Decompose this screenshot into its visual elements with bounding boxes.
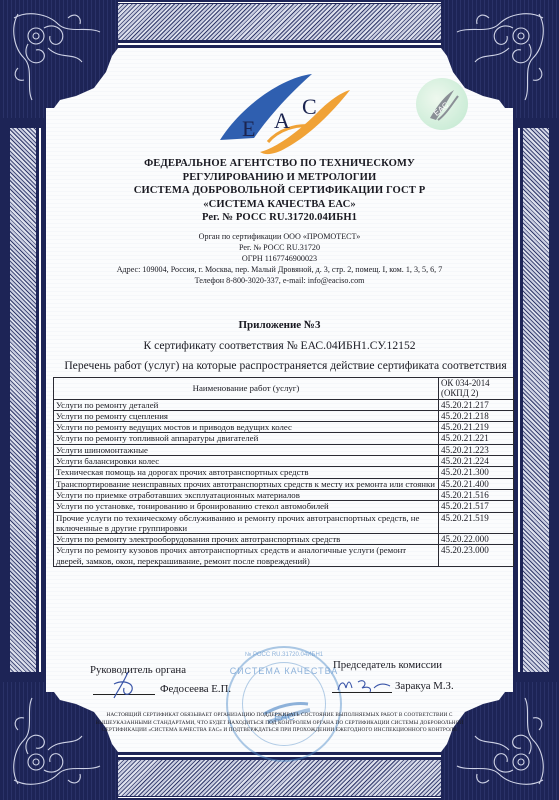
svg-text:E: E — [242, 116, 255, 141]
appendix-title: Приложение №3 — [0, 319, 559, 331]
certification-stamp: № РОСС RU.31720.04ИБН1 СИСТЕМА КАЧЕСТВА … — [226, 646, 342, 762]
rope-border-left — [10, 128, 36, 672]
work-name: Услуги шиномонтажные — [54, 444, 439, 455]
table-row: Услуги шиномонтажные45.20.21.223 — [54, 444, 514, 455]
table-row: Услуги по ремонту кузовов прочих автотра… — [54, 545, 514, 567]
work-name: Транспортирование неисправных прочих авт… — [54, 478, 439, 489]
stamp-logo-icon: EAC — [228, 648, 340, 760]
header-line: ФЕДЕРАЛЬНОЕ АГЕНТСТВО ПО ТЕХНИЧЕСКОМУ — [60, 157, 499, 171]
table-row: Прочие услуги по техническому обслуживан… — [54, 512, 514, 534]
works-list-title: Перечень работ (услуг) на которые распро… — [52, 359, 519, 372]
svg-text:C: C — [302, 94, 317, 119]
works-table: Наименование работ (услуг) ОК 034-2014 (… — [53, 377, 514, 567]
work-name: Услуги по установке, тонированию и брони… — [54, 501, 439, 512]
work-name: Услуги по ремонту кузовов прочих автотра… — [54, 545, 439, 567]
table-row: Услуги по ремонту топливной аппаратуры д… — [54, 433, 514, 444]
table-row: Услуги по ремонту сцепления45.20.21.218 — [54, 410, 514, 421]
commission-chair-name: Заракуа М.З. — [395, 680, 454, 692]
rope-border-bottom — [116, 760, 443, 796]
svg-text:A: A — [274, 108, 290, 133]
okpd2-code: 45.20.21.517 — [439, 501, 514, 512]
frame-stripe — [518, 128, 520, 672]
work-name: Услуги по приемке отработавших эксплуата… — [54, 489, 439, 500]
header-line: СИСТЕМА ДОБРОВОЛЬНОЙ СЕРТИФИКАЦИИ ГОСТ Р — [60, 184, 499, 198]
table-row: Услуги балансировки колес45.20.21.224 — [54, 456, 514, 467]
okpd2-code: 45.20.23.000 — [439, 545, 514, 567]
okpd2-code: 45.20.21.223 — [439, 444, 514, 455]
work-name: Услуги по ремонту ведущих мостов и приво… — [54, 422, 439, 433]
org-reg-number: Рег. № РОСС RU.31720 — [50, 242, 509, 253]
work-name: Техническая помощь на дорогах прочих авт… — [54, 467, 439, 478]
signature-right-icon — [334, 674, 394, 696]
eac-logo: E A C — [200, 68, 360, 158]
header-line: «СИСТЕМА КАЧЕСТВА ЕАС» — [60, 198, 499, 212]
work-name: Услуги балансировки колес — [54, 456, 439, 467]
table-row: Техническая помощь на дорогах прочих авт… — [54, 467, 514, 478]
rope-border-top — [116, 4, 443, 40]
table-row: Услуги по ремонту электрооборудования пр… — [54, 534, 514, 545]
okpd2-code: 45.20.22.000 — [439, 534, 514, 545]
table-row: Услуги по приемке отработавших эксплуата… — [54, 489, 514, 500]
table-row: Услуги по ремонту деталей45.20.21.217 — [54, 399, 514, 410]
okpd2-code: 45.20.21.519 — [439, 512, 514, 534]
signature-left-icon — [104, 668, 154, 702]
okpd2-code: 45.20.21.217 — [439, 399, 514, 410]
agency-header: ФЕДЕРАЛЬНОЕ АГЕНТСТВО ПО ТЕХНИЧЕСКОМУ РЕ… — [60, 157, 499, 225]
rope-border-right — [523, 128, 549, 672]
column-header-name: Наименование работ (услуг) — [54, 378, 439, 400]
okpd2-code: 45.20.21.219 — [439, 422, 514, 433]
table-row: Услуги по установке, тонированию и брони… — [54, 501, 514, 512]
work-name: Услуги по ремонту сцепления — [54, 410, 439, 421]
work-name: Услуги по ремонту деталей — [54, 399, 439, 410]
table-header-row: Наименование работ (услуг) ОК 034-2014 (… — [54, 378, 514, 400]
org-ogrn: ОГРН 1167746900023 — [50, 253, 509, 264]
okpd2-code: 45.20.21.300 — [439, 467, 514, 478]
header-line: РЕГУЛИРОВАНИЮ И МЕТРОЛОГИИ — [60, 171, 499, 185]
work-name: Услуги по ремонту топливной аппаратуры д… — [54, 433, 439, 444]
okpd2-code: 45.20.21.516 — [439, 489, 514, 500]
header-line: Рег. № РОСС RU.31720.04ИБН1 — [60, 211, 499, 225]
head-of-body-name: Федосеева Е.П. — [160, 683, 231, 695]
org-contacts: Телефон 8-800-3020-337, e-mail: info@eac… — [50, 275, 509, 286]
svg-text:EAC: EAC — [432, 100, 451, 118]
okpd2-code: 45.20.21.221 — [439, 433, 514, 444]
okpd2-code: 45.20.21.218 — [439, 410, 514, 421]
okpd2-code: 45.20.21.400 — [439, 478, 514, 489]
work-name: Прочие услуги по техническому обслуживан… — [54, 512, 439, 534]
eac-badge-icon: EAC — [416, 78, 468, 130]
org-name: Орган по сертификации ООО «ПРОМОТЕСТ» — [50, 231, 509, 242]
table-row: Транспортирование неисправных прочих авт… — [54, 478, 514, 489]
certificate-reference: К сертификату соответствия № ЕАС.04ИБН1.… — [0, 339, 559, 352]
column-header-code: ОК 034-2014 (ОКПД 2) — [439, 378, 514, 400]
okpd2-code: 45.20.21.224 — [439, 456, 514, 467]
certification-body-info: Орган по сертификации ООО «ПРОМОТЕСТ» Ре… — [50, 231, 509, 286]
work-name: Услуги по ремонту электрооборудования пр… — [54, 534, 439, 545]
frame-stripe — [116, 43, 443, 45]
commission-chair-label: Председатель комиссии — [333, 659, 442, 671]
frame-stripe — [39, 128, 41, 672]
certificate-footer-note: НАСТОЯЩИЙ СЕРТИФИКАТ ОБЯЗЫВАЕТ ОРГАНИЗАЦ… — [90, 712, 469, 735]
table-row: Услуги по ремонту ведущих мостов и приво… — [54, 422, 514, 433]
org-address: Адрес: 109004, Россия, г. Москва, пер. М… — [50, 264, 509, 275]
